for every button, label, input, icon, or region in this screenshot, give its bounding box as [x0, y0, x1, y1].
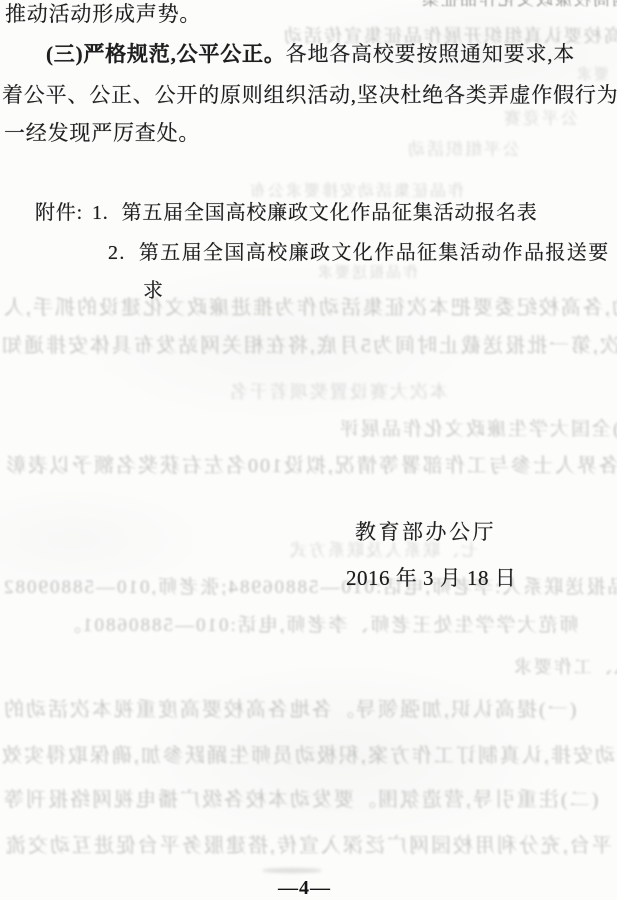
- attachment-item-1: 附件:1.第五届全国高校廉政文化作品征集活动报名表: [35, 203, 538, 223]
- bleedthrough-line: 本次大赛设置奖项若干名: [228, 383, 448, 401]
- body-line-2: (三)严格规范,公平公正。各地各高校要按照通知要求,本: [46, 44, 575, 65]
- bleedthrough-line: 公平竞赛: [502, 110, 578, 127]
- bleedthrough-line: 七、联系人及联系方式: [288, 542, 478, 559]
- issuer-signature: 教育部办公厅: [355, 522, 496, 543]
- bleedthrough-line: 社会各界人士参与工作部署等情况,拟设100名左右获奖名额予以表彰: [4, 456, 617, 476]
- page-number: —4—: [278, 877, 331, 900]
- attachments-label: 附件:: [35, 202, 83, 224]
- attachment-2-title: 第五届全国高校廉政文化作品征集活动作品报送要: [139, 242, 610, 264]
- document-page: 第五届全国高校廉政文化作品征集 各地各高校要认真组织开展作品征集宣传活动 要求 …: [0, 0, 617, 900]
- bleedthrough-line: 平台,充分利用校园网广泛深入宣传,搭建服务平台促进互动交流: [4, 836, 612, 856]
- section-heading: (三)严格规范,公平公正。: [46, 42, 286, 66]
- bleedthrough-line: 八、工作要求: [512, 658, 617, 676]
- bleedthrough-line: 第五届全国高校廉政文化作品征集: [420, 0, 617, 8]
- bleedthrough-line: 公平组织活动: [406, 141, 520, 158]
- bleedthrough-line: 作品报送要求: [316, 266, 418, 281]
- bleedthrough-line: (一)提高认识,加强领导。各地各高校要高度重视本次活动的: [2, 700, 576, 720]
- attachment-item-2-continuation: 求: [143, 281, 164, 301]
- bleedthrough-line: 师范大学学生处王老师、李老师,电话:010—58806801。: [60, 616, 579, 635]
- scan-smudge: [262, 868, 322, 873]
- issue-date: 2016 年 3 月 18 日: [346, 568, 516, 589]
- attachment-1-title: 第五届全国高校廉政文化作品征集活动报名表: [122, 202, 538, 224]
- bleedthrough-line: 活动安排,认真制订工作方案,积极动员师生踊跃参加,确保取得实效: [0, 746, 617, 766]
- bleedthrough-line: 次,第一批报送截止时间为5月底,将在相关网站发布具体安排通知: [0, 336, 617, 356]
- body-line-3: 着公平、公正、公开的原则组织活动,坚决杜绝各类弄虚作假行为,: [2, 85, 617, 106]
- body-line-4: 一经发现严厉查处。: [4, 123, 200, 144]
- attachment-item-2: 2.第五届全国高校廉政文化作品征集活动作品报送要: [108, 243, 610, 263]
- body-line-1: 推动活动形成声势。: [5, 4, 201, 25]
- bleedthrough-line: (二)全国大学生廉政文化作品展评: [338, 420, 617, 439]
- attachment-1-number: 1.: [92, 202, 109, 224]
- bleedthrough-line: (二)注重引导,营造氛围。要发动本校各级广播电视网络报刊等: [2, 790, 598, 810]
- bleedthrough-line: 作品报送联系人:李老师,电话:010—58806984;张老师,010—5880…: [2, 578, 617, 597]
- body-line-2-rest: 各地各高校要按照通知要求,本: [286, 42, 575, 66]
- bleedthrough-line: 要求: [575, 68, 609, 83]
- attachment-2-number: 2.: [108, 242, 126, 264]
- bleedthrough-line: 作品征集活动安排要求公布: [248, 184, 464, 200]
- bleedthrough-line: 动,各高校纪委要把本次征集活动作为推进廉政文化建设的抓手,人: [2, 298, 617, 318]
